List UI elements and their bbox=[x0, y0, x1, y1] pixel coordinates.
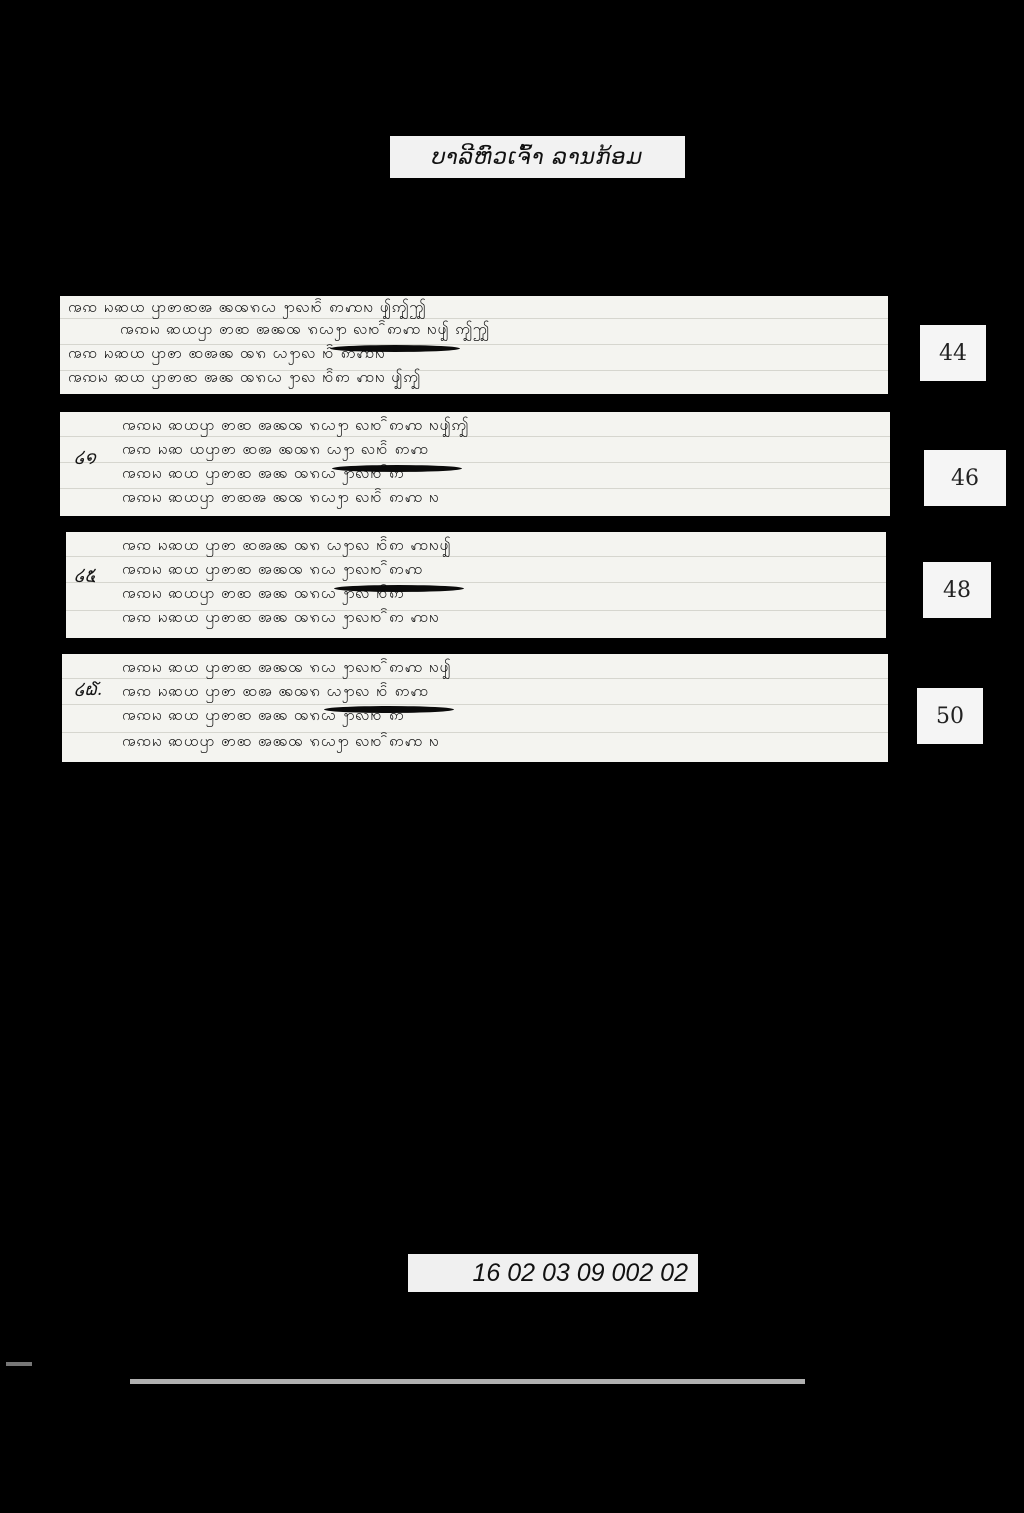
script-line: ꩠꩡ ꩢꩣꩤ ꩥꩦꩧꩨ ꩩꩪꩫꩬ ꩭꩮꩯꩰ ꩱꩲꩳ ꩴꩵꩶ bbox=[68, 298, 427, 320]
script-line: ꩠꩡꩢ ꩣꩤꩥ ꩦꩧ ꩨꩩꩪ ꩫꩬꩭ ꩮꩯ ꩰꩱꩲ ꩳꩴ ꩵꩶ bbox=[120, 320, 490, 342]
page-number-tag: 44 bbox=[920, 325, 986, 381]
palm-leaf-4: ໒໖. ꩠꩡꩢ ꩣꩤ ꩥꩦꩧ ꩨꩩꩪ ꩫꩬ ꩭꩮꩯ ꩰꩱꩲ ꩳꩴ ꩠꩡ ꩢꩣꩤ … bbox=[62, 654, 888, 762]
archive-id-label: 16 02 03 09 002 02 bbox=[408, 1254, 698, 1292]
page-number-tag: 46 bbox=[924, 450, 1006, 506]
string-hole bbox=[330, 345, 460, 352]
script-line: ꩠꩡꩢ ꩣꩤ ꩥꩦꩧ ꩨꩩ ꩪꩫꩬ ꩭꩮ ꩯꩰꩱ ꩲꩳ ꩴꩵ bbox=[68, 368, 421, 390]
script-line: ꩠꩡ ꩢꩣꩤ ꩥꩦ ꩧꩨ ꩩꩪꩫ ꩬꩭꩮ ꩯꩰ ꩱꩲ bbox=[122, 682, 429, 704]
leaf-grain bbox=[62, 704, 888, 705]
scan-edge-strip bbox=[130, 1379, 805, 1384]
script-line: ꩠꩡ ꩢꩣꩤ ꩥꩦ ꩧꩨꩩ ꩪꩫ ꩬꩭꩮ ꩯꩰꩱ ꩲꩳꩴ bbox=[122, 536, 451, 558]
script-line: ꩠꩡ ꩢꩣ ꩤꩥꩦ ꩧꩨ ꩩꩪꩫ ꩬꩭ ꩮꩯꩰ ꩱꩲ bbox=[122, 440, 429, 462]
script-line: ꩠꩡꩢ ꩣꩤ ꩥꩦꩧ ꩨꩩꩪ ꩫꩬ ꩭꩮꩯ ꩰꩱꩲ ꩳꩴ bbox=[122, 658, 451, 680]
script-line: ꩠꩡꩢ ꩣꩤꩥ ꩦꩧ ꩨꩩꩪ ꩫꩬꩭ ꩮꩯ ꩰꩱꩲ ꩳꩴꩵ bbox=[122, 416, 469, 438]
leaf-margin-number: ໒໑ bbox=[74, 448, 96, 468]
string-hole bbox=[324, 706, 454, 713]
page-number-tag: 50 bbox=[917, 688, 983, 744]
string-hole bbox=[334, 585, 464, 592]
scan-artifact bbox=[6, 1362, 32, 1366]
script-line: ꩠꩡꩢ ꩣꩤ ꩥꩦꩧ ꩨꩩꩪ ꩫꩬ ꩭꩮꩯ ꩰꩱꩲ bbox=[122, 560, 423, 582]
palm-leaf-2: ໒໑ ꩠꩡꩢ ꩣꩤꩥ ꩦꩧ ꩨꩩꩪ ꩫꩬꩭ ꩮꩯ ꩰꩱꩲ ꩳꩴꩵ ꩠꩡ ꩢꩣ ꩤ… bbox=[60, 412, 890, 516]
palm-leaf-1: ꩠꩡ ꩢꩣꩤ ꩥꩦꩧꩨ ꩩꩪꩫꩬ ꩭꩮꩯꩰ ꩱꩲꩳ ꩴꩵꩶ ꩠꩡꩢ ꩣꩤꩥ ꩦꩧ… bbox=[60, 296, 888, 394]
leaf-margin-number: ໒໕ bbox=[74, 566, 96, 586]
script-line: ꩠꩡ ꩢꩣꩤ ꩥꩦꩧ ꩨꩩ ꩪꩫꩬ ꩭꩮꩯ ꩰꩱ ꩲꩳ bbox=[122, 608, 439, 630]
script-line: ꩠꩡꩢ ꩣꩤꩥ ꩦꩧ ꩨꩩꩪ ꩫꩬꩭ ꩮꩯ ꩰꩱꩲ ꩳ bbox=[122, 732, 439, 754]
leaf-grain bbox=[66, 582, 886, 583]
manuscript-title-label: ບາລີຫົວເຈົ້າ ລານກ້ອມ bbox=[390, 136, 685, 178]
leaf-grain bbox=[60, 462, 890, 463]
palm-leaf-3: ໒໕ ꩠꩡ ꩢꩣꩤ ꩥꩦ ꩧꩨꩩ ꩪꩫ ꩬꩭꩮ ꩯꩰꩱ ꩲꩳꩴ ꩠꩡꩢ ꩣꩤ ꩥ… bbox=[66, 532, 886, 638]
script-line: ꩠꩡꩢ ꩣꩤꩥ ꩦꩧꩨ ꩩꩪ ꩫꩬꩭ ꩮꩯꩰ ꩱꩲ ꩳ bbox=[122, 488, 439, 510]
string-hole bbox=[332, 465, 462, 472]
page-number-tag: 48 bbox=[923, 562, 991, 618]
leaf-margin-number: ໒໖. bbox=[74, 680, 102, 700]
